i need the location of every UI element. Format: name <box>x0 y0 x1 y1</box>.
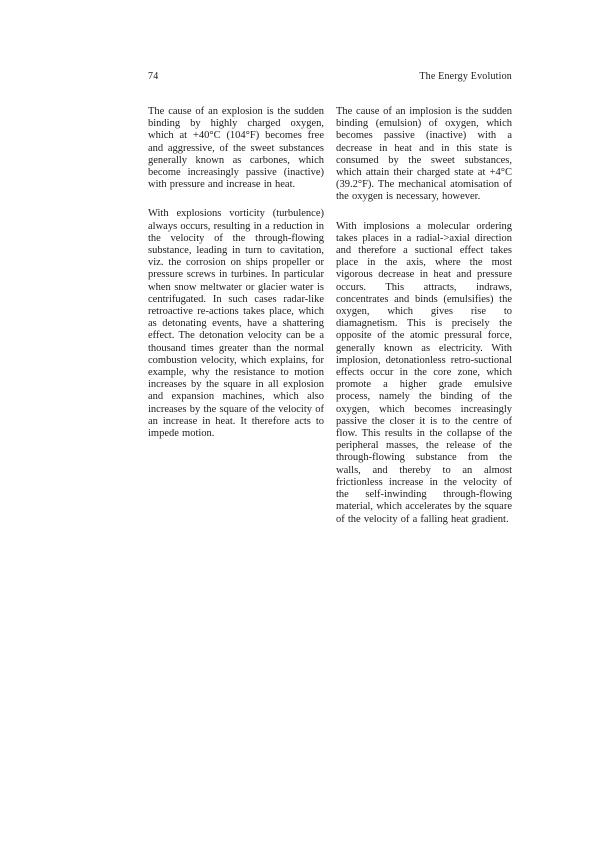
running-title: The Energy Evolution <box>419 71 512 82</box>
paragraph-implosion-ordering: With implosions a molecular ordering tak… <box>336 221 512 526</box>
paragraph-explosion-vorticity: With explosions vorticity (turbulence) a… <box>148 208 324 440</box>
page-number: 74 <box>148 71 158 82</box>
paragraph-explosion-cause: The cause of an explosion is the sudden … <box>148 106 324 191</box>
left-column: The cause of an explosion is the sudden … <box>148 106 324 543</box>
document-page: 74 The Energy Evolution The cause of an … <box>0 0 595 842</box>
paragraph-implosion-cause: The cause of an implosion is the sudden … <box>336 106 512 204</box>
running-header: 74 The Energy Evolution <box>148 71 512 82</box>
right-column: The cause of an implosion is the sudden … <box>336 106 512 543</box>
two-column-text-block: The cause of an explosion is the sudden … <box>148 106 512 543</box>
